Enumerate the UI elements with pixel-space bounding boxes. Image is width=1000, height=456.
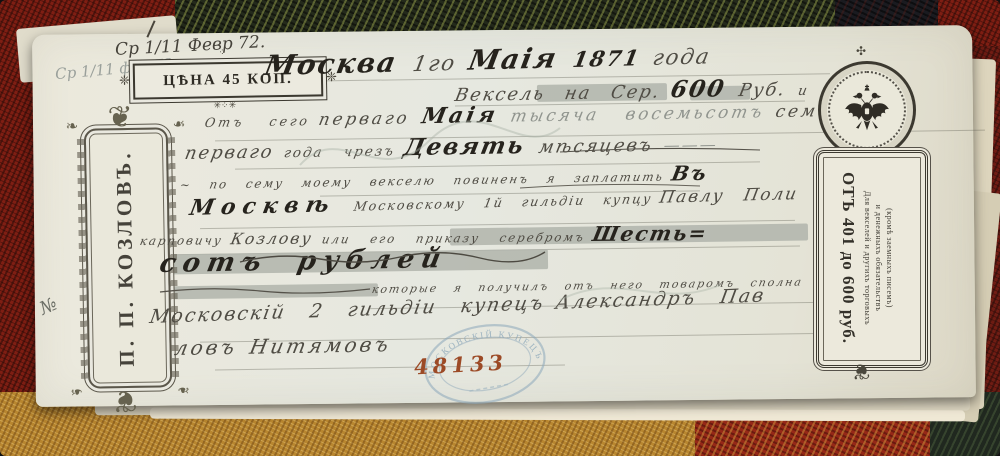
handwriting-segment: перваго bbox=[317, 107, 423, 129]
handwriting-segment: перваго bbox=[183, 141, 287, 164]
handwriting-line-8: сотъ рублей bbox=[160, 243, 468, 279]
handwriting-segment: года bbox=[651, 44, 726, 71]
medallion-ring bbox=[828, 71, 906, 149]
handwriting-line-11: ловъ Нитямовъ bbox=[175, 332, 405, 360]
handwriting-segment: Маія bbox=[419, 103, 513, 130]
handwriting-segment: сотъ рублей bbox=[157, 243, 470, 279]
stamp-purpose-line: Для векселей и другихъ торговыхъ bbox=[863, 160, 872, 356]
handwriting-segment: Маія bbox=[466, 42, 576, 77]
registry-number: 48133 bbox=[413, 350, 507, 380]
handwriting-segment: Московскому 1й гильдіи купцу bbox=[352, 191, 661, 214]
ornament-icon: ✣ bbox=[856, 44, 866, 58]
handwriting-segment: 1го bbox=[411, 51, 471, 78]
revenue-stamp-text: (кромѣ заемныхъ писемъ) и денежныхъ обяз… bbox=[826, 160, 906, 356]
stamp-value-range: ОТЪ 401 до 600 руб. bbox=[838, 160, 858, 356]
handwriting-segment: года чрезъ bbox=[283, 144, 406, 161]
handwriting-segment: Шесть= bbox=[591, 221, 723, 246]
eagle-medallion bbox=[818, 61, 916, 159]
flourish-icon: ❦ bbox=[852, 358, 870, 383]
promissory-note-photo: Ср 1/11 Февр 72. Ср 1/11 фвр 72 ЦѢНА 45 … bbox=[0, 0, 1000, 456]
handwriting-segment: ——— bbox=[662, 134, 730, 154]
handwriting-segment: Москва bbox=[262, 46, 416, 82]
handwriting-segment: тысяча восемьсотъ bbox=[509, 101, 778, 126]
handwriting-segment: мѣсяцевъ bbox=[537, 135, 666, 158]
handwriting-segment: 1871 bbox=[571, 46, 655, 73]
handwriting-segment: карповичу bbox=[139, 233, 232, 248]
handwriting-line-4: перваго года чрезъ Девять мѣсяцевъ ——— bbox=[185, 129, 728, 165]
handwriting-segment: Девять bbox=[401, 132, 541, 161]
double-headed-eagle-icon bbox=[840, 83, 894, 137]
handwriting-segment: Москвѣ bbox=[188, 192, 356, 221]
handwriting-segment: ловъ bbox=[173, 335, 253, 360]
handwriting-line-1: Москва 1го Маія 1871 года bbox=[265, 38, 724, 82]
handwriting-segment: Отъ сего bbox=[204, 113, 321, 130]
handwriting-segment: Павлу Поли bbox=[658, 183, 810, 207]
stamp-purpose-line: (кромѣ заемныхъ писемъ) bbox=[885, 160, 894, 356]
stamp-purpose-line: и денежныхъ обязательствъ bbox=[874, 160, 883, 356]
handwriting-segment: Нитямовъ bbox=[248, 332, 407, 359]
